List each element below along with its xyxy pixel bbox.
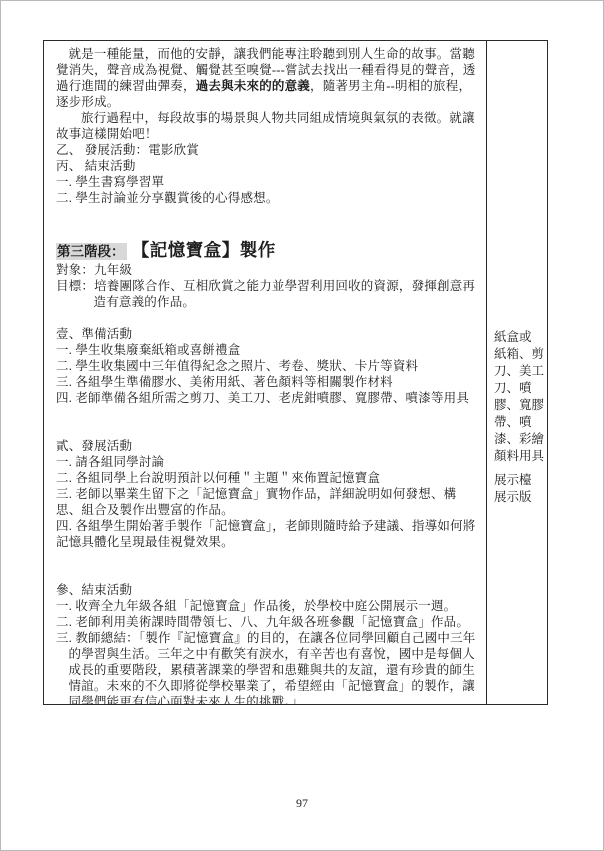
dev-item-3: 三. 老師以畢業生留下之「記憶寶盒」實物作品，詳細說明如何發想、構思、組合及製作…: [56, 486, 480, 518]
material-line: 刀、噴: [494, 380, 545, 397]
dev-item-1: 一. 請各組同學討論: [56, 454, 480, 470]
material-line: 紙盒或: [494, 329, 545, 346]
page-number: 97: [1, 796, 603, 811]
display-items-list: 展示檯展示版: [494, 472, 545, 506]
close-item-2: 二. 老師利用美術課時間帶領七、八、九年級各班參觀「記憶寶盒」作品。: [56, 614, 480, 630]
section-b-development: 乙、 發展活動：電影欣賞: [56, 142, 480, 158]
material-line: 帶、噴: [494, 414, 545, 431]
materials-cell: 紙盒或紙箱、剪刀、美工刀、噴膠、寬膠帶、噴漆、彩繪顏料用具 展示檯展示版: [487, 41, 547, 704]
dev-item-4: 四. 各組學生開始著手製作「記憶寶盒」，老師則隨時給予建議、指導如何將記憶具體化…: [56, 518, 480, 550]
display-item-line: 展示檯: [494, 472, 545, 489]
material-line: 膠、寬膠: [494, 397, 545, 414]
blank-line: [56, 310, 480, 326]
blank-line: [56, 566, 480, 582]
material-line: 刀、美工: [494, 363, 545, 380]
prep-item-3: 三. 各組學生準備膠水、美術用紙、著色顏料等相關製作材料: [56, 374, 480, 390]
materials-gap: [494, 465, 545, 472]
prep-item-4: 四. 老師準備各組所需之剪刀、美工刀、老虎鉗噴膠、寬膠帶、噴漆等用具: [56, 390, 480, 406]
prep-item-1: 一. 學生收集廢棄紙箱或喜餅禮盒: [56, 342, 480, 358]
close-item-1: 一. 收齊全九年級各組「記憶寶盒」作品後，於學校中庭公開展示一週。: [56, 598, 480, 614]
material-line: 紙箱、剪: [494, 346, 545, 363]
material-line: 顏料用具: [494, 448, 545, 465]
blank-line: [56, 550, 480, 566]
section-1-preparation: 壹、準備活動: [56, 326, 480, 342]
closing-item-1: 一. 學生書寫學習單: [56, 174, 480, 190]
stage-title: 【記憶寶盒】製作: [141, 240, 276, 260]
stage-label-highlighted: 第三階段：: [56, 243, 127, 260]
goal-line: 目標：培養團隊合作、互相欣賞之能力並學習利用回收的資源，發揮創意再造有意義的作品…: [56, 278, 480, 310]
section-2-development: 貳、發展活動: [56, 438, 480, 454]
blank-line: [56, 422, 480, 438]
document-page: 就是一種能量，而他的安靜，讓我們能專注聆聽到別人生命的故事。當聽覺消失，聲音成為…: [0, 0, 604, 851]
dev-item-2: 二. 各組同學上台說明預計以何種＂主題＂來佈置記憶寶盒: [56, 470, 480, 486]
intro-paragraph-2: 旅行過程中，每段故事的場景與人物共同組成情境與氣氛的表徵。就讓故事這樣開始吧！: [56, 110, 480, 142]
materials-list: 紙盒或紙箱、剪刀、美工刀、噴膠、寬膠帶、噴漆、彩繪顏料用具: [494, 329, 545, 465]
target-line: 對象：九年級: [56, 262, 480, 278]
bold-emphasis: 過去與未來的的意義: [196, 79, 310, 93]
section-3-closing: 參、結束活動: [56, 582, 480, 598]
blank-line: [56, 222, 480, 238]
closing-item-2: 二. 學生討論並分享觀賞後的心得感想。: [56, 190, 480, 206]
blank-line: [56, 406, 480, 422]
lesson-plan-table: 就是一種能量，而他的安靜，讓我們能專注聆聽到別人生命的故事。當聽覺消失，聲音成為…: [43, 40, 548, 705]
blank-line: [56, 206, 480, 222]
section-c-closing: 丙、 結束活動: [56, 158, 480, 174]
display-item-line: 展示版: [494, 489, 545, 506]
stage-3-heading: 第三階段：【記憶寶盒】製作: [56, 238, 480, 262]
main-content-cell: 就是一種能量，而他的安靜，讓我們能專注聆聽到別人生命的故事。當聽覺消失，聲音成為…: [44, 41, 487, 704]
material-line: 漆、彩繪: [494, 431, 545, 448]
prep-item-2: 二. 學生收集國中三年值得紀念之照片、考卷、獎狀、卡片等資料: [56, 358, 480, 374]
close-item-3: 三. 教師總結：「製作『記憶寶盒』的目的，在讓各位同學回顧自己國中三年的學習與生…: [56, 630, 480, 704]
intro-paragraph-continued: 就是一種能量，而他的安靜，讓我們能專注聆聽到別人生命的故事。當聽覺消失，聲音成為…: [56, 46, 480, 110]
